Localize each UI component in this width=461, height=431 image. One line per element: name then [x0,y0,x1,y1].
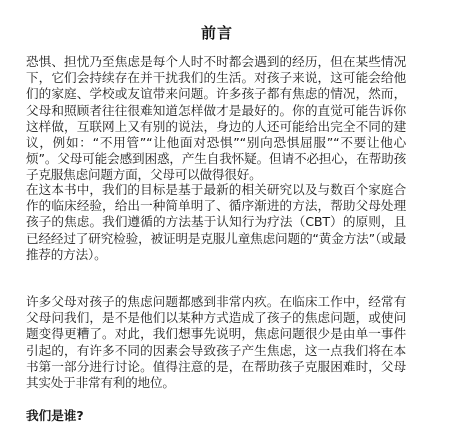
paragraph-3: 许多父母对孩子的焦虑问题都感到非常内疚。在临床工作中，经常有父母问我们，是不是他… [26,294,406,391]
paragraph-1: 恐惧、担忧乃至焦虑是每个人时不时都会遇到的经历，但在某些情况下，它们会持续存在并… [26,54,406,184]
section-heading: 我们是谁? [26,405,84,424]
paragraph-2: 在这本书中，我们的目标是基于最新的相关研究以及与数百个家庭合作的临床经验，给出一… [26,182,406,263]
page-title: 前言 [26,22,408,43]
